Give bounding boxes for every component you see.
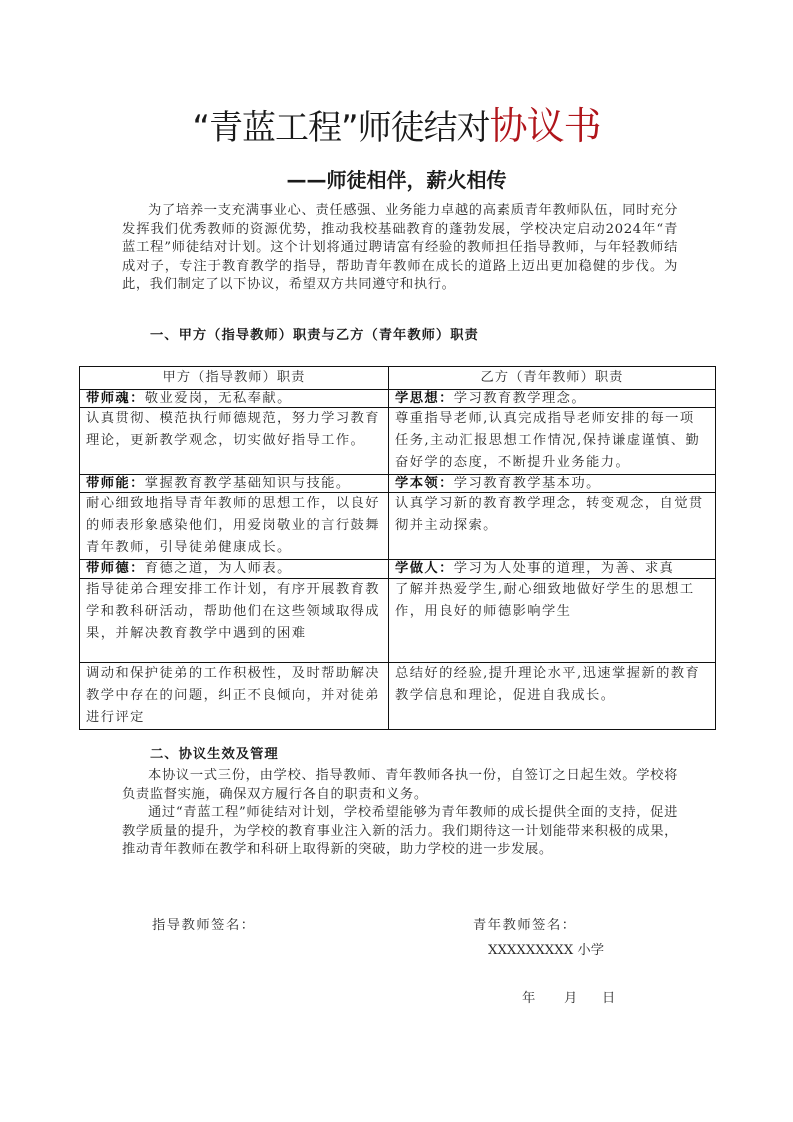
cell-mentor: 调动和保护徒弟的工作积极性，及时帮助解决教学中存在的问题，纠正不良倾向，并对徒弟… <box>80 663 389 730</box>
title-main: “青蓝工程”师徒结对 <box>192 108 489 148</box>
row-text: 学习教育教学理念。 <box>454 391 586 406</box>
row-label: 学本领： <box>395 476 454 491</box>
header-young-teacher: 乙方（青年教师）职责 <box>389 367 716 390</box>
cell-mentor: 认真贯彻、模范执行师德规范，努力学习教育理论，更新教学观念，切实做好指导工作。 <box>80 408 389 475</box>
row-text: 育德之道，为人师表。 <box>145 561 292 576</box>
row-text: 敬业爱岗，无私奉献。 <box>145 391 292 406</box>
date-month: 月 <box>564 990 579 1008</box>
date-year: 年 <box>522 990 537 1008</box>
table-header-row: 甲方（指导教师）职责 乙方（青年教师）职责 <box>80 367 716 390</box>
section2-paragraph-2: 通过“青蓝工程”师徒结对计划，学校希望能够为青年教师的成长提供全面的支持，促进教… <box>122 804 678 860</box>
title-red: 协议书 <box>490 104 601 148</box>
table-row: 带师德：育德之道，为人师表。 学做人：学习为人处事的道理，为善、求真 <box>80 560 716 579</box>
cell-young-teacher: 尊重指导老师,认真完成指导老师安排的每一项任务,主动汇报思想工作情况,保持谦虚谨… <box>389 408 716 475</box>
table-row: 带师魂：敬业爱岗，无私奉献。 学思想：学习教育教学理念。 <box>80 390 716 408</box>
cell-young-teacher: 总结好的经验,提升理论水平,迅速掌握新的教育教学信息和理论，促进自我成长。 <box>389 663 716 730</box>
cell-young-teacher: 认真学习新的教育教学理念，转变观念，自觉贯彻并主动探索。 <box>389 493 716 560</box>
school-name: XXXXXXXXX 小学 <box>488 942 604 960</box>
section2-paragraph-1: 本协议一式三份，由学校、指导教师、青年教师各执一份，自签订之日起生效。学校将负责… <box>122 767 678 804</box>
row-text: 学习为人处事的道理，为善、求真 <box>454 561 674 576</box>
row-label: 学做人： <box>395 561 454 576</box>
header-mentor: 甲方（指导教师）职责 <box>80 367 389 390</box>
table-row: 认真贯彻、模范执行师德规范，努力学习教育理论，更新教学观念，切实做好指导工作。 … <box>80 408 716 475</box>
cell-mentor: 耐心细致地指导青年教师的思想工作，以良好的师表形象感染他们，用爱岗敬业的言行鼓舞… <box>80 493 389 560</box>
cell-young-teacher: 了解并热爱学生,耐心细致地做好学生的思想工作，用良好的师德影响学生 <box>389 579 716 663</box>
table-row: 带师能：掌握教育教学基础知识与技能。 学本领：学习教育教学基本功。 <box>80 475 716 493</box>
row-label: 带师魂： <box>86 391 145 406</box>
document-title: “青蓝工程”师徒结对协议书 <box>0 103 793 151</box>
intro-paragraph: 为了培养一支充满事业心、责任感强、业务能力卓越的高素质青年教师队伍，同时充分发挥… <box>122 202 678 295</box>
row-text: 学习教育教学基本功。 <box>454 476 601 491</box>
table-row: 调动和保护徒弟的工作积极性，及时帮助解决教学中存在的问题，纠正不良倾向，并对徒弟… <box>80 663 716 730</box>
row-label: 带师德： <box>86 561 145 576</box>
table-row: 耐心细致地指导青年教师的思想工作，以良好的师表形象感染他们，用爱岗敬业的言行鼓舞… <box>80 493 716 560</box>
cell-mentor: 指导徒弟合理安排工作计划，有序开展教育教学和教科研活动，帮助他们在这些领域取得成… <box>80 579 389 663</box>
row-label: 带师能： <box>86 476 145 491</box>
duties-table: 甲方（指导教师）职责 乙方（青年教师）职责 带师魂：敬业爱岗，无私奉献。 学思想… <box>79 366 716 730</box>
young-teacher-signature-label: 青年教师签名： <box>473 917 577 935</box>
section1-heading: 一、甲方（指导教师）职责与乙方（青年教师）职责 <box>150 327 479 345</box>
date-day: 日 <box>602 990 617 1008</box>
table-row: 指导徒弟合理安排工作计划，有序开展教育教学和教科研活动，帮助他们在这些领域取得成… <box>80 579 716 663</box>
row-label: 学思想： <box>395 391 454 406</box>
section2-heading: 二、协议生效及管理 <box>150 746 279 764</box>
document-subtitle: ——师徒相伴，薪火相传 <box>0 166 793 194</box>
row-text: 掌握教育教学基础知识与技能。 <box>145 476 351 491</box>
mentor-signature-label: 指导教师签名： <box>152 917 256 935</box>
